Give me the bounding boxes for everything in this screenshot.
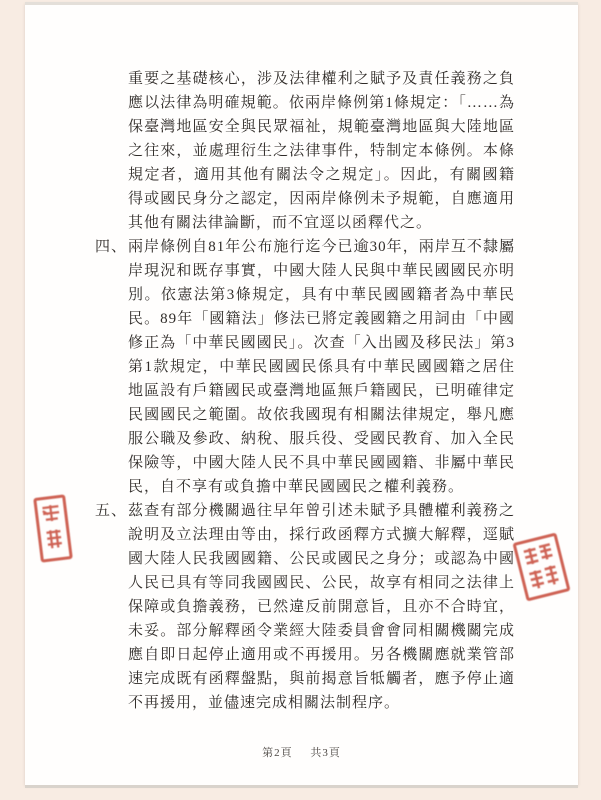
text-line: 速完成既有函釋盤點，與前揭意旨牴觸者，應予停止適用或 <box>128 667 515 691</box>
text-line: 應自即日起停止適用或不再援用。另各機關應就業管部分儘 <box>128 643 515 667</box>
text-line: 民國國民之範圍。故依我國現有相關法律規定，舉凡應考試 <box>128 403 515 427</box>
text-line: 保障或負擔義務，已然違反前開意旨，且亦不合時宜，容有 <box>128 595 515 619</box>
text-line: 之往來，並處理衍生之法律事件，特制定本條例。本條例未 <box>128 139 515 163</box>
paragraph-four: 四、兩岸條例自81年公布施行迄今已逾30年，兩岸互不隸屬為兩岸現況和既存事實，中… <box>95 235 515 499</box>
text-line: 應以法律為明確規範。依兩岸條例第1條規定：「……為確 <box>128 91 515 115</box>
document-body-text: 重要之基礎核心，涉及法律權利之賦予及責任義務之負擔，應以法律為明確規範。依兩岸條… <box>95 67 515 715</box>
text-line: 民。89年「國籍法」修法已將定義國籍之用詞由「中國人」 <box>128 307 515 331</box>
text-line: 服公職及參政、納稅、服兵役、受國民教育、加入全民健康 <box>128 427 515 451</box>
text-line: 民，自不享有或負擔中華民國國民之權利義務。 <box>128 475 515 499</box>
text-line: 未妥。部分解釋函令業經大陸委員會會同相關機關完成檢討， <box>128 619 515 643</box>
text-line: 修正為「中華民國國民」。次查「入出國及移民法」第3條 <box>128 331 515 355</box>
seal-glyphs <box>520 540 564 595</box>
document-page: 重要之基礎核心，涉及法律權利之賦予及責任義務之負擔，應以法律為明確規範。依兩岸條… <box>25 4 578 786</box>
seal-glyphs <box>39 501 67 556</box>
text-line: 其他有關法律論斷，而不宜逕以函釋代之。 <box>128 211 515 235</box>
text-line: 國大陸人民我國國籍、公民或國民之身分；或認為中國大陸 <box>128 547 515 571</box>
text-line: 保臺灣地區安全與民眾福祉，規範臺灣地區與大陸地區人民 <box>128 115 515 139</box>
text-line: 不再援用，並儘速完成相關法制程序。 <box>128 691 515 715</box>
page-number-label: 第2頁 <box>262 747 293 759</box>
text-line: 岸現況和既存事實，中國大陸人民與中華民國國民亦明顯有 <box>128 259 515 283</box>
text-line: 重要之基礎核心，涉及法律權利之賦予及責任義務之負擔， <box>128 67 515 91</box>
paragraph-three-continuation: 重要之基礎核心，涉及法律權利之賦予及責任義務之負擔，應以法律為明確規範。依兩岸條… <box>95 67 515 235</box>
scan-background: 重要之基礎核心，涉及法律權利之賦予及責任義務之負擔，應以法律為明確規範。依兩岸條… <box>0 0 601 800</box>
paragraph-five: 五、茲查有部分機關過往早年曾引述未賦予具體權利義務之草案說明及立法理由等由，採行… <box>95 499 515 715</box>
text-line: 得或國民身分之認定，因兩岸條例未予規範，自應適用我國 <box>128 187 515 211</box>
text-line: 人民已具有等同我國國民、公民，故享有相同之法律上權利 <box>128 571 515 595</box>
text-line: 第1款規定，中華民國國民係具有中華民國國籍之居住臺灣 <box>128 355 515 379</box>
text-line: 茲查有部分機關過往早年曾引述未賦予具體權利義務之草案 <box>128 499 515 523</box>
text-line: 規定者，適用其他有關法令之規定」。因此，有關國籍之取 <box>128 163 515 187</box>
item-number: 四、 <box>95 235 127 259</box>
text-line: 保險等，中國大陸人民不具中華民國國籍、非屬中華民國國 <box>128 451 515 475</box>
item-number: 五、 <box>95 499 127 523</box>
text-line: 說明及立法理由等由，採行政函釋方式擴大解釋，逕賦予中 <box>128 523 515 547</box>
text-line: 別。依憲法第3條規定，具有中華民國國籍者為中華民國國 <box>128 283 515 307</box>
text-line: 地區設有戶籍國民或臺灣地區無戶籍國民，已明確律定中華 <box>128 379 515 403</box>
page-footer: 第2頁 共3頁 <box>25 744 578 760</box>
text-line: 兩岸條例自81年公布施行迄今已逾30年，兩岸互不隸屬為兩 <box>128 235 515 259</box>
total-pages-label: 共3頁 <box>310 747 341 759</box>
